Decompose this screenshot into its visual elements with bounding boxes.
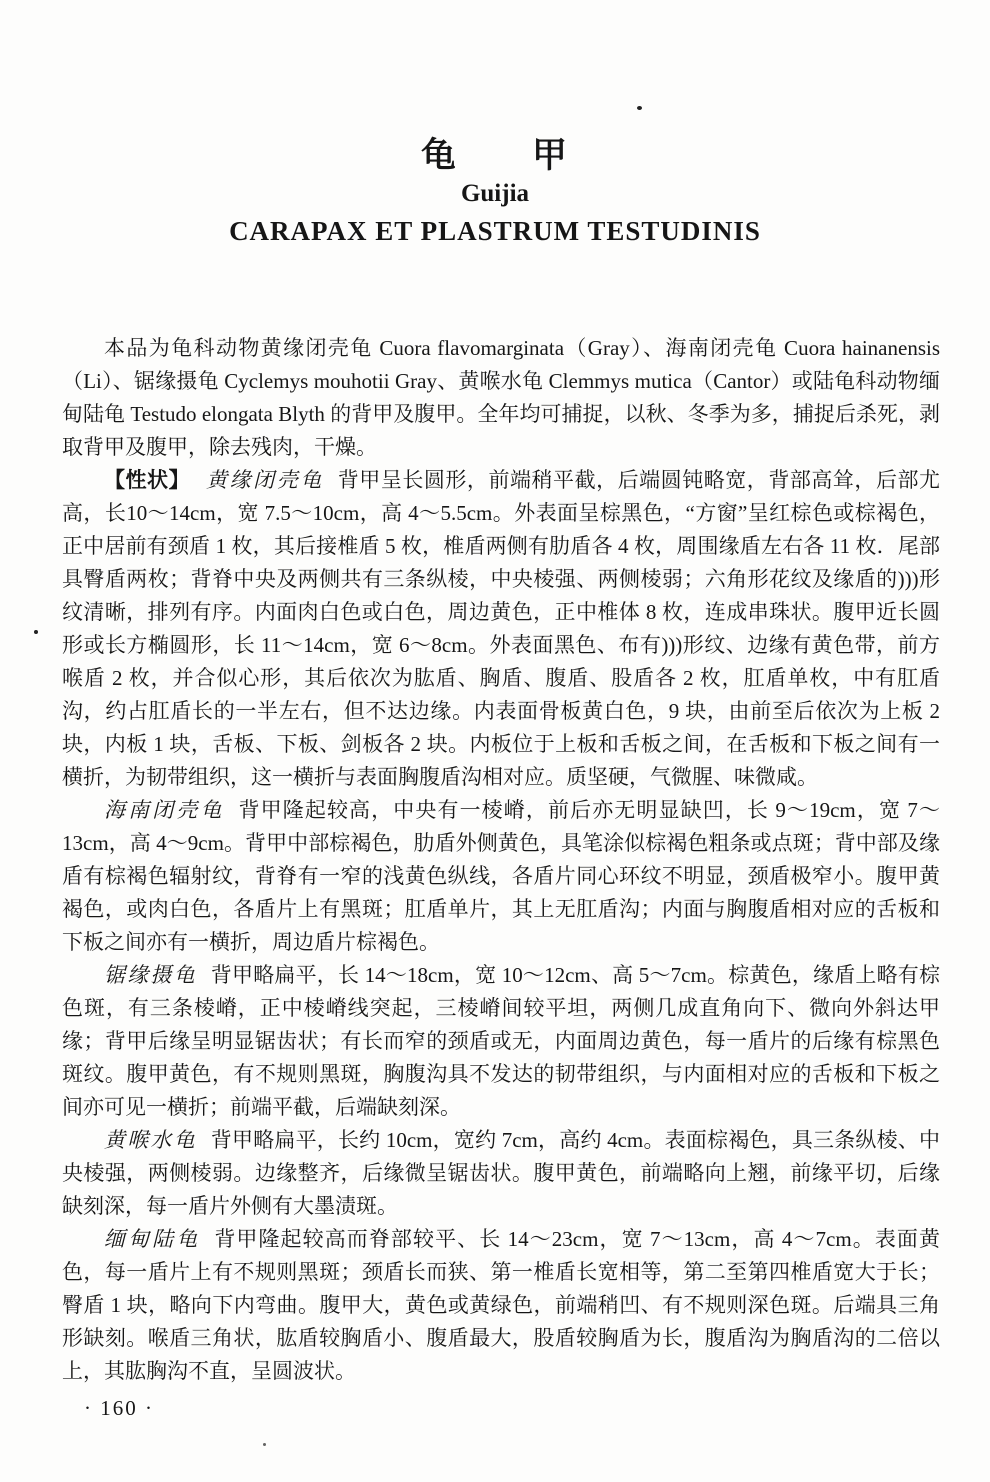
title-latin: CARAPAX ET PLASTRUM TESTUDINIS — [0, 216, 990, 247]
paragraph-species-juyuan: 锯缘摄龟背甲略扁平，长 14～18cm，宽 10～12cm、高 5～7cm。棕黄… — [62, 959, 940, 1124]
paragraph-species-huanghou: 黄喉水龟背甲略扁平，长约 10cm，宽约 7cm，高约 4cm。表面棕褐色，具三… — [62, 1124, 940, 1223]
species-name-juyuan: 锯缘摄龟 — [104, 963, 197, 987]
paragraph-species-huangyuan: 【性状】黄缘闭壳龟背甲呈长圆形，前端稍平截，后端圆钝略宽，背部高耸，后部尤高，长… — [62, 464, 940, 794]
page-number: · 160 · — [84, 1396, 154, 1421]
scan-speck — [637, 106, 642, 110]
scan-speck — [263, 1443, 266, 1446]
title-chinese: 龟 甲 — [0, 128, 990, 178]
species-name-miandian: 缅甸陆龟 — [104, 1227, 200, 1251]
document-page: 龟 甲 Guijia CARAPAX ET PLASTRUM TESTUDINI… — [0, 0, 990, 1482]
species-name-huangyuan: 黄缘闭壳龟 — [206, 468, 324, 492]
species-description-huangyuan: 背甲呈长圆形，前端稍平截，后端圆钝略宽，背部高耸，后部尤高，长10～14cm，宽… — [62, 468, 940, 789]
paragraph-species-miandian: 缅甸陆龟背甲隆起较高而脊部较平、长 14～23cm，宽 7～13cm，高 4～7… — [62, 1223, 940, 1388]
body-text: 本品为龟科动物黄缘闭壳龟 Cuora flavomarginata（Gray）、… — [62, 332, 940, 1388]
intro-text: 本品为龟科动物黄缘闭壳龟 Cuora flavomarginata（Gray）、… — [62, 336, 940, 459]
species-name-hainan: 海南闭壳龟 — [104, 798, 225, 822]
title-pinyin: Guijia — [0, 180, 990, 208]
scan-speck — [34, 630, 38, 634]
section-heading-xingzhuang: 【性状】 — [104, 468, 190, 492]
intro-paragraph: 本品为龟科动物黄缘闭壳龟 Cuora flavomarginata（Gray）、… — [62, 332, 940, 464]
paragraph-species-hainan: 海南闭壳龟背甲隆起较高，中央有一棱嵴，前后亦无明显缺凹，长 9～19cm，宽 7… — [62, 794, 940, 959]
species-name-huanghou: 黄喉水龟 — [104, 1128, 197, 1152]
